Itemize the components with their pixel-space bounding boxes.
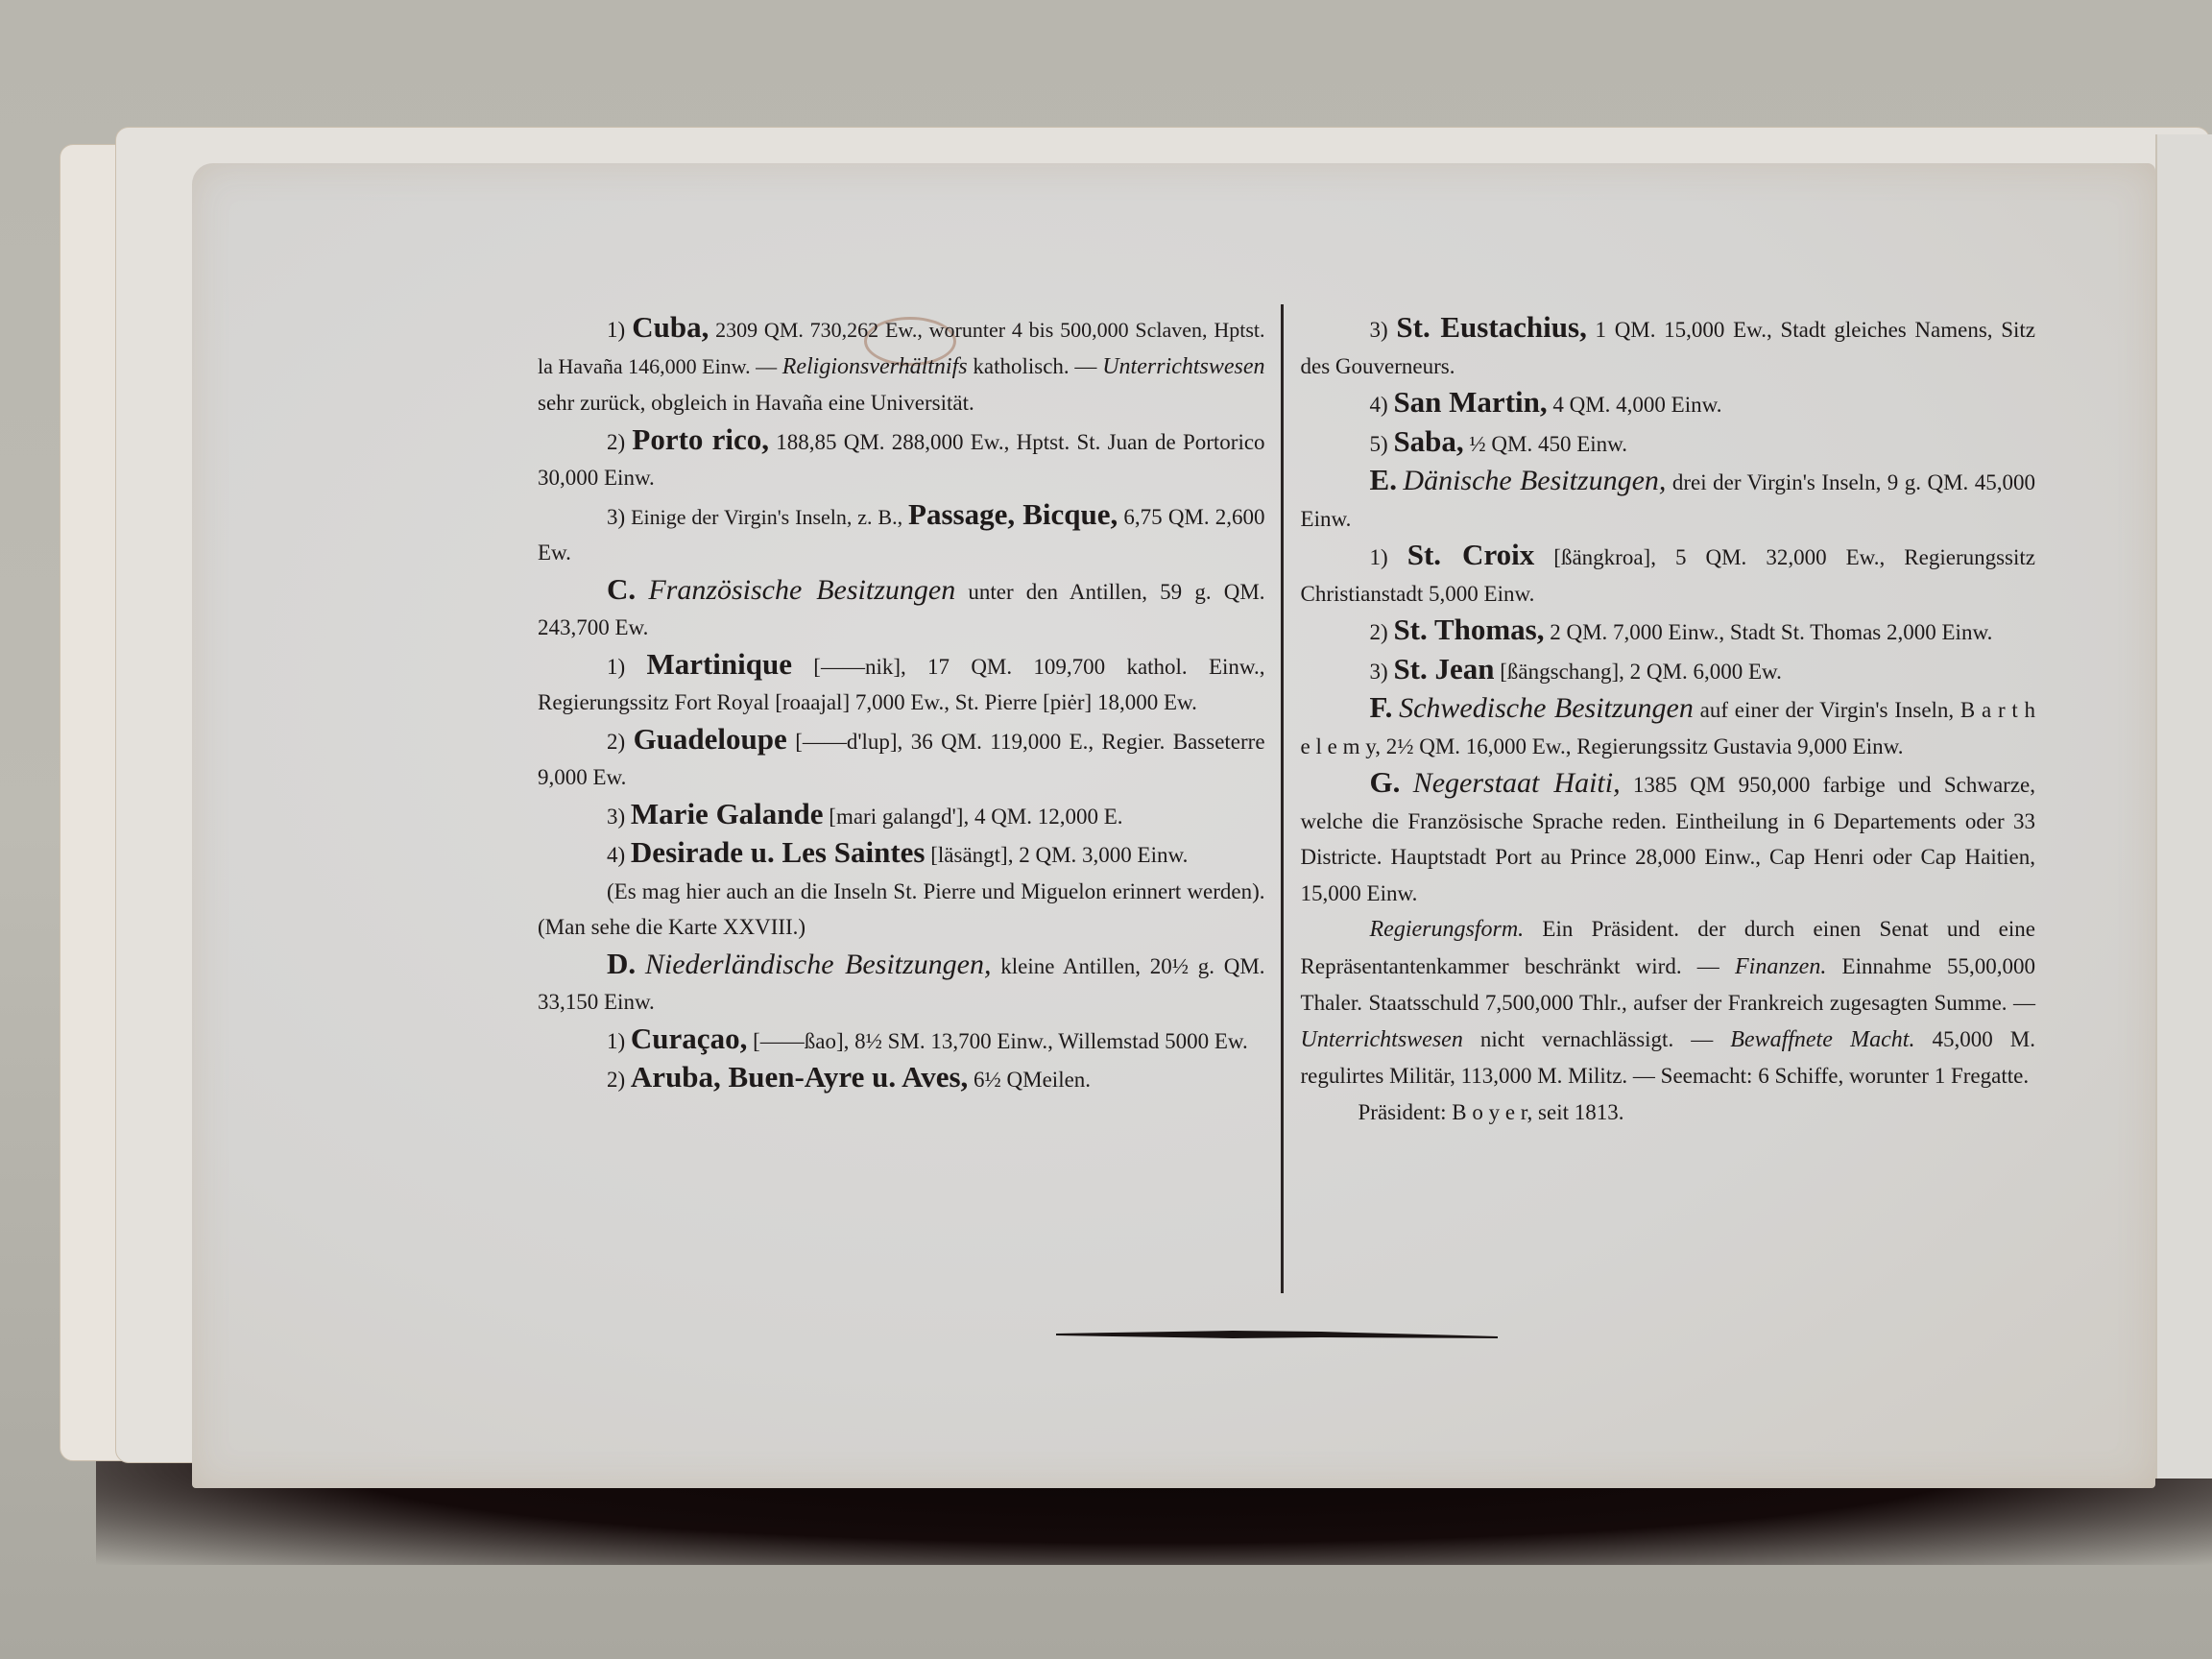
entry-st-thomas: 2) St. Thomas, 2 QM. 7,000 Einw., Stadt …	[1301, 612, 2035, 651]
entry-guadeloupe: 2) Guadeloupe [——d'lup], 36 QM. 119,000 …	[538, 721, 1265, 796]
entry-virgin-islands: 3) Einige der Virgin's Inseln, z. B., Pa…	[538, 496, 1265, 571]
entry-st-jean: 3) St. Jean [ßängschang], 2 QM. 6,000 Ew…	[1301, 651, 2035, 690]
entry-aruba: 2) Aruba, Buen-Ayre u. Aves, 6½ QMeilen.	[538, 1059, 1265, 1098]
entry-marie-galande: 3) Marie Galande [mari galangd'], 4 QM. …	[538, 796, 1265, 835]
left-column: 1) Cuba, 2309 QM. 730,262 Ew., worunter …	[538, 309, 1281, 1293]
heading-haiti: G. Negerstaat Haiti, 1385 QM 950,000 far…	[1301, 764, 2035, 911]
entry-porto-rico: 2) Porto rico, 188,85 QM. 288,000 Ew., H…	[538, 421, 1265, 496]
haiti-president: Präsident: B o y e r, seit 1813.	[1301, 1094, 2035, 1131]
heading-dutch-possessions: D. Niederländische Besitzungen, kleine A…	[538, 946, 1265, 1021]
entry-desirade: 4) Desirade u. Les Saintes [läsängt], 2 …	[538, 834, 1265, 874]
facing-page-edge	[2155, 134, 2212, 1479]
heading-swedish-possessions: F. Schwedische Besitzungen auf einer der…	[1301, 689, 2035, 764]
entry-curacao: 1) Curaçao, [——ßao], 8½ SM. 13,700 Einw.…	[538, 1021, 1265, 1060]
entry-saba: 5) Saba, ½ QM. 450 Einw.	[1301, 423, 2035, 463]
heading-french-possessions: C. Französische Besitzungen unter den An…	[538, 571, 1265, 646]
two-column-text: 1) Cuba, 2309 QM. 730,262 Ew., worunter …	[538, 309, 2035, 1293]
heading-danish-possessions: E. Dänische Besitzungen, drei der Virgin…	[1301, 462, 2035, 537]
entry-martinique: 1) Martinique [——nik], 17 QM. 109,700 ka…	[538, 646, 1265, 721]
haiti-government: Regierungsform. Ein Präsident. der durch…	[1301, 911, 2035, 1094]
entry-san-martin: 4) San Martin, 4 QM. 4,000 Einw.	[1301, 384, 2035, 423]
entry-cuba: 1) Cuba, 2309 QM. 730,262 Ew., worunter …	[538, 309, 1265, 421]
right-column: 3) St. Eustachius, 1 QM. 15,000 Ew., Sta…	[1284, 309, 2035, 1293]
entry-st-eustachius: 3) St. Eustachius, 1 QM. 15,000 Ew., Sta…	[1301, 309, 2035, 384]
note-st-pierre: (Es mag hier auch an die Inseln St. Pier…	[538, 874, 1265, 946]
entry-st-croix: 1) St. Croix [ßängkroa], 5 QM. 32,000 Ew…	[1301, 537, 2035, 612]
